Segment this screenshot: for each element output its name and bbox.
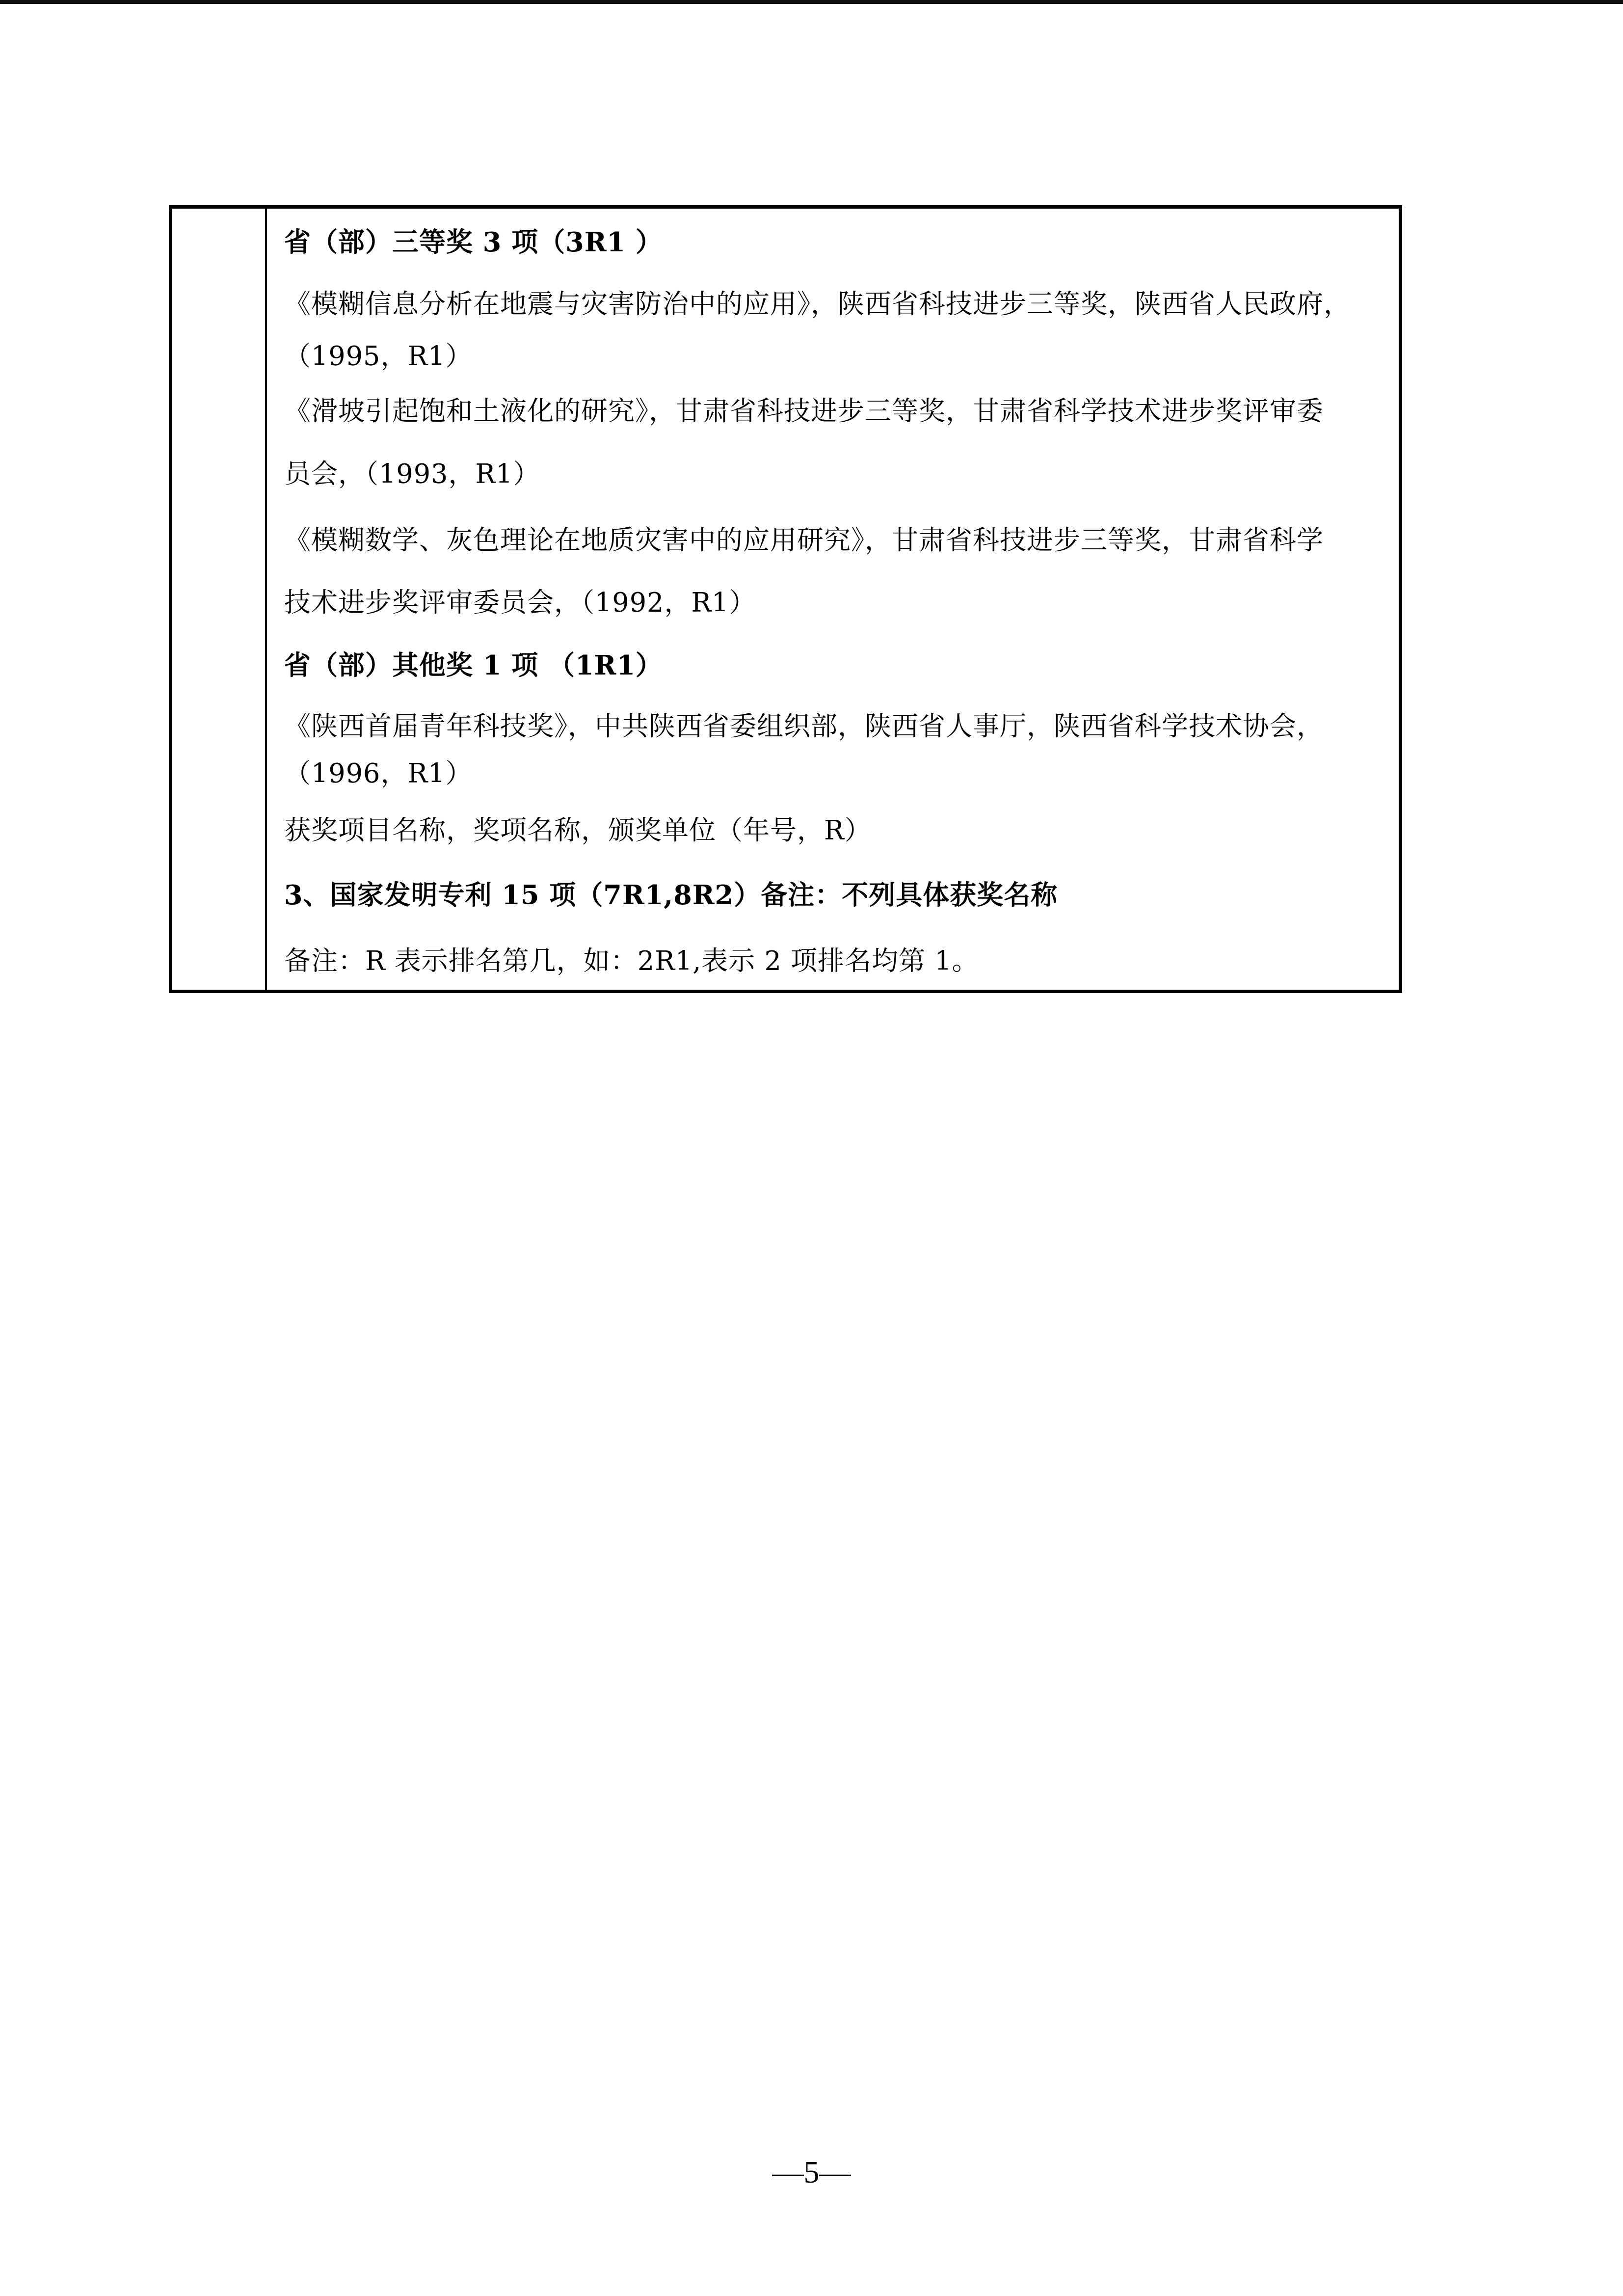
scan-edge-band [0,0,1623,4]
heading-provincial-other-prize: 省（部）其他奖 1 项 （1R1） [284,650,663,680]
heading-invention-patents: 3、国家发明专利 15 项（7R1,8R2）备注：不列具体获奖名称 [284,880,1058,910]
award-entry-landslide-line2: 员会，（1993，R1） [284,459,540,489]
awards-content-cell: 省（部）三等奖 3 项（3R1 ） 《模糊信息分析在地震与灾害防治中的应用》，陕… [284,209,1384,990]
award-entry-fuzzy-math-line1: 《模糊数学、灰色理论在地质灾害中的应用研究》，甘肃省科技进步三等奖，甘肃省科学 [284,526,1324,555]
column-divider [265,209,267,990]
page-number: —5— [0,2153,1623,2192]
award-entry-youth-tech-line1: 《陕西首届青年科技奖》，中共陕西省委组织部，陕西省人事厅，陕西省科学技术协会， [284,712,1324,741]
award-entry-landslide-line1: 《滑坡引起饱和土液化的研究》，甘肃省科技进步三等奖，甘肃省科学技术进步奖评审委 [284,397,1324,426]
award-entry-fuzzy-info-line1: 《模糊信息分析在地震与灾害防治中的应用》，陕西省科技进步三等奖，陕西省人民政府， [284,290,1351,319]
heading-provincial-third-prize: 省（部）三等奖 3 项（3R1 ） [284,227,663,257]
awards-table: 省（部）三等奖 3 项（3R1 ） 《模糊信息分析在地震与灾害防治中的应用》，陕… [169,205,1402,993]
award-entry-fuzzy-math-line2: 技术进步奖评审委员会，（1992，R1） [284,588,756,618]
award-entry-fuzzy-info-line2: （1995，R1） [284,342,472,371]
format-template-note: 获奖项目名称，奖项名称，颁奖单位（年号，R） [284,816,872,845]
award-entry-youth-tech-line2: （1996，R1） [284,759,472,788]
ranking-remark: 备注：R 表示排名第几，如：2R1,表示 2 项排名均第 1。 [284,946,979,976]
